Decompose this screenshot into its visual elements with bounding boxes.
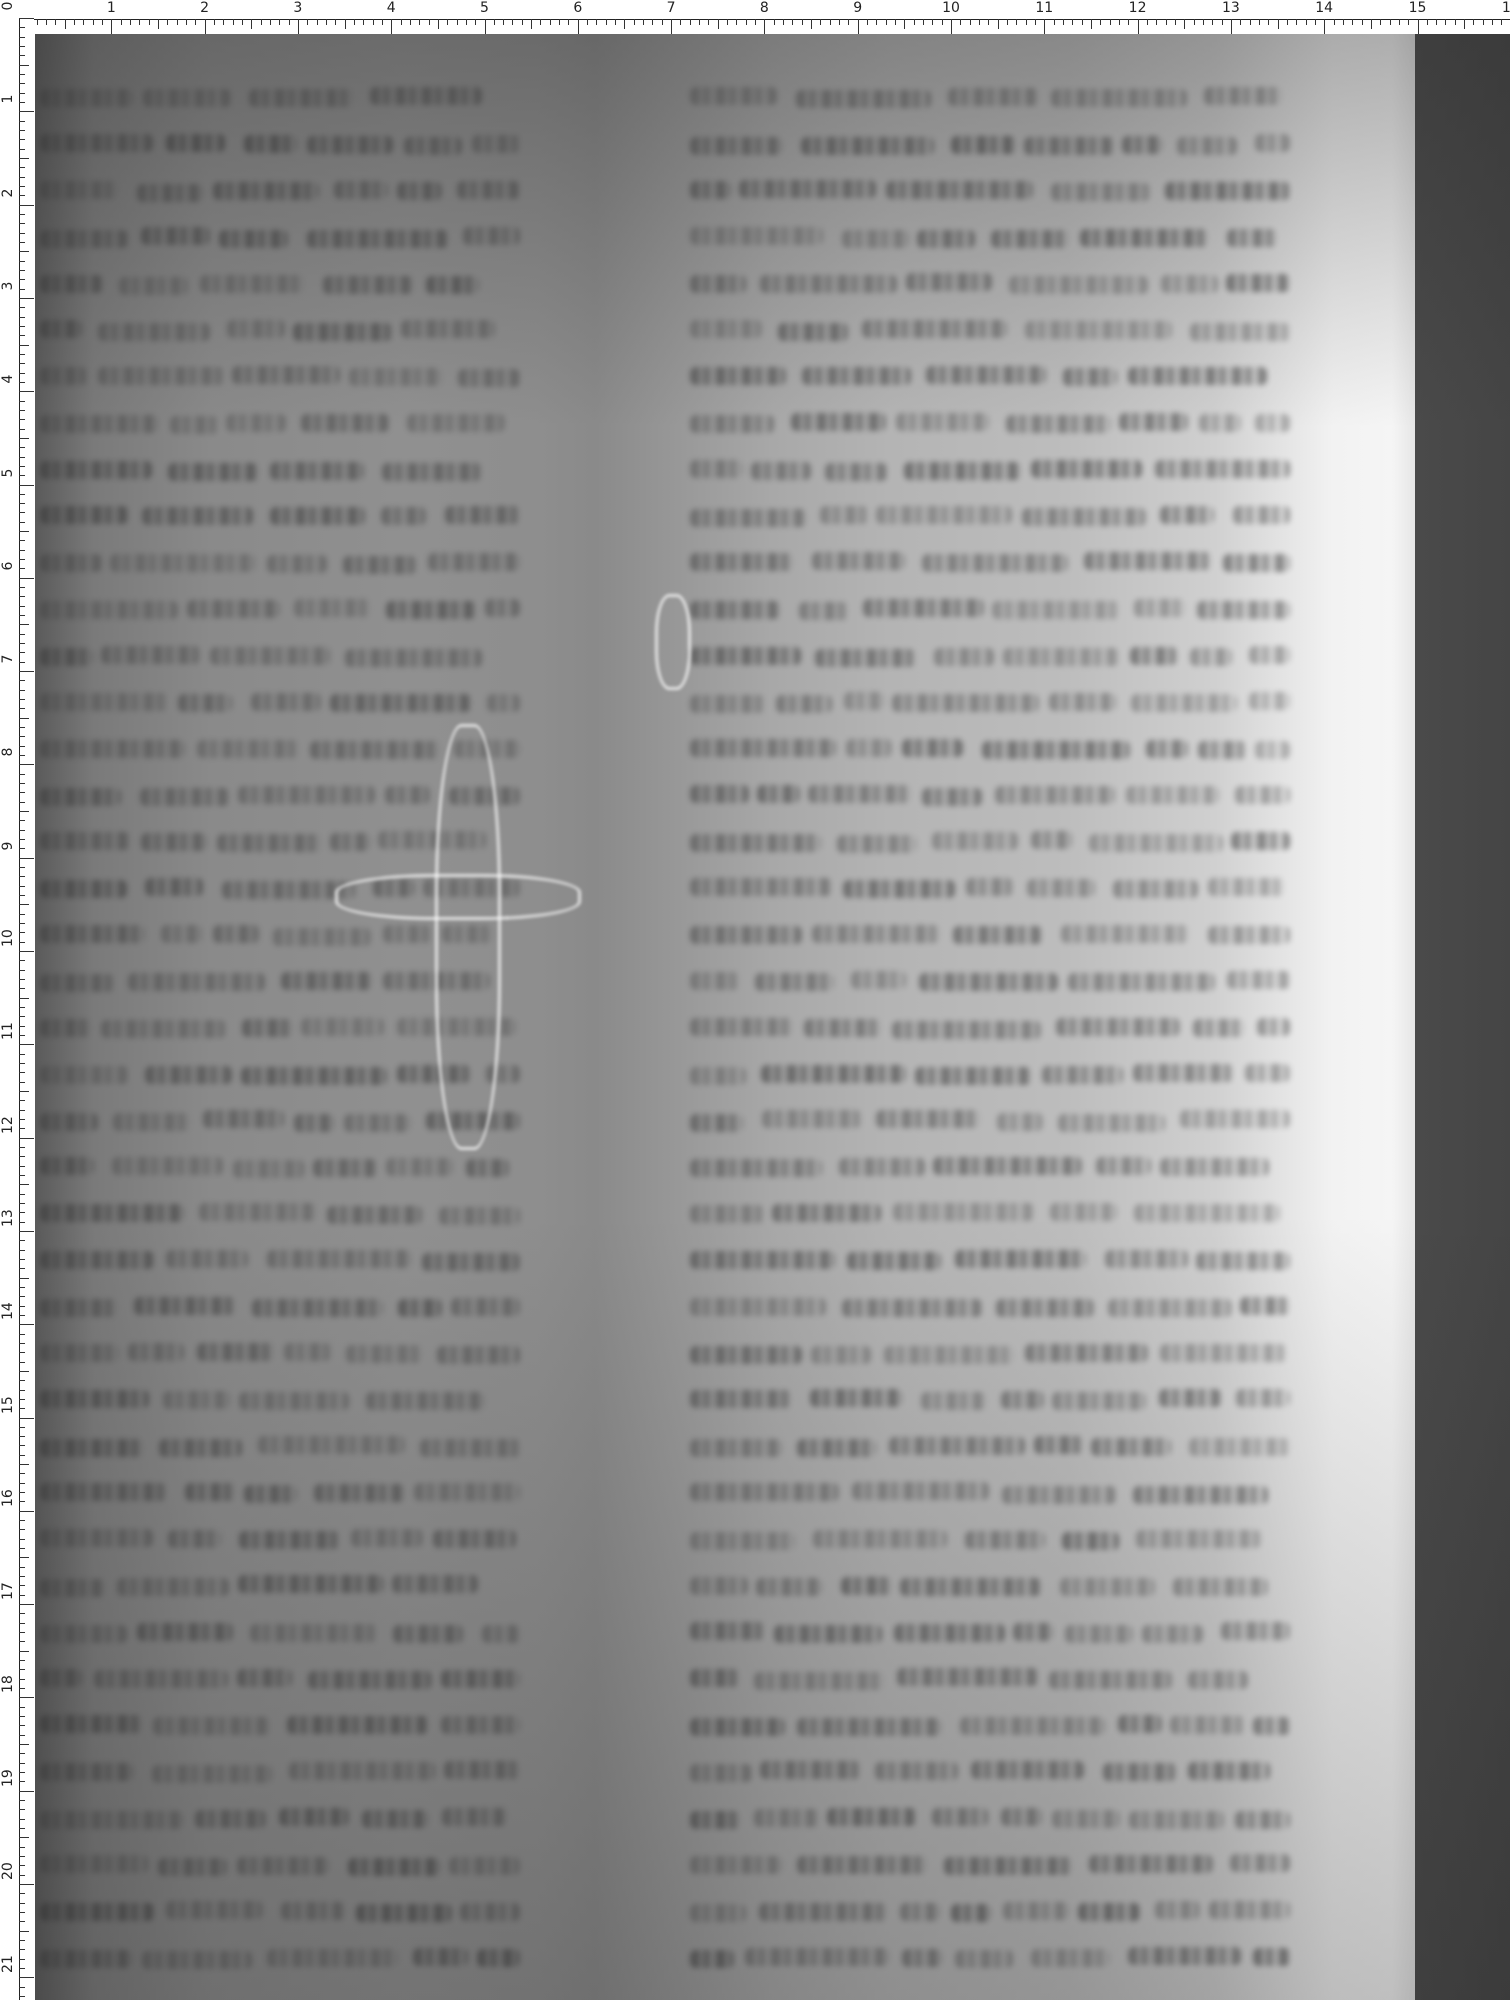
top-ruler-label: 8 xyxy=(760,0,769,16)
left-ruler-tick xyxy=(19,382,25,383)
top-ruler-tick xyxy=(839,19,840,25)
left-ruler-tick xyxy=(19,522,25,523)
left-ruler-tick xyxy=(19,1828,25,1829)
top-ruler-tick xyxy=(195,19,196,25)
left-ruler-label: 19 xyxy=(1,1771,15,1787)
left-ruler-tick xyxy=(19,727,25,728)
top-ruler-tick xyxy=(251,19,252,29)
top-ruler-tick xyxy=(634,19,635,25)
top-ruler-tick xyxy=(335,19,336,25)
top-ruler-tick xyxy=(1203,19,1204,25)
left-ruler-label: 9 xyxy=(1,838,15,854)
left-ruler-tick xyxy=(19,1856,25,1857)
left-ruler-tick xyxy=(19,1772,25,1773)
top-ruler-tick xyxy=(540,19,541,25)
top-ruler-tick xyxy=(1194,19,1195,25)
left-ruler-tick xyxy=(19,1138,34,1139)
left-ruler-tick xyxy=(19,550,25,551)
top-ruler-tick xyxy=(1007,19,1008,25)
left-ruler-tick xyxy=(19,792,25,793)
left-ruler-tick xyxy=(19,1128,25,1129)
left-ruler-tick xyxy=(19,1352,25,1353)
top-ruler-tick xyxy=(1399,19,1400,25)
left-ruler-tick xyxy=(19,1483,25,1484)
top-ruler-tick xyxy=(615,19,616,25)
top-ruler-tick xyxy=(1315,19,1316,25)
left-ruler-tick xyxy=(19,1912,25,1913)
left-ruler-tick xyxy=(19,1613,25,1614)
left-ruler-tick xyxy=(19,923,25,924)
left-ruler-tick xyxy=(19,559,25,560)
left-ruler-tick xyxy=(19,1250,25,1251)
left-ruler-tick xyxy=(19,652,25,653)
left-ruler-tick xyxy=(19,223,25,224)
left-ruler-tick xyxy=(19,1184,29,1185)
left-ruler: 0123456789101112131415161718192021 xyxy=(0,0,34,2000)
left-ruler-tick xyxy=(19,1641,25,1642)
left-ruler-tick xyxy=(19,1949,25,1950)
top-ruler-label: 11 xyxy=(1035,0,1053,16)
top-ruler-tick xyxy=(680,19,681,25)
left-ruler-tick xyxy=(19,1119,25,1120)
left-ruler-tick xyxy=(19,447,25,448)
left-ruler-tick xyxy=(19,1324,34,1325)
left-ruler-tick xyxy=(19,1371,29,1372)
top-ruler-tick xyxy=(1296,19,1297,25)
top-ruler-label: 6 xyxy=(573,0,582,16)
left-ruler-tick xyxy=(19,1632,25,1633)
left-ruler-tick xyxy=(19,1473,25,1474)
top-ruler-tick xyxy=(867,19,868,25)
left-ruler-tick xyxy=(19,466,25,467)
left-ruler-tick xyxy=(19,1240,25,1241)
top-ruler-tick xyxy=(1091,19,1092,29)
left-ruler-tick xyxy=(19,624,29,625)
left-ruler-tick xyxy=(19,1147,25,1148)
left-ruler-label: 20 xyxy=(1,1864,15,1880)
left-ruler-tick xyxy=(19,690,25,691)
left-ruler-tick xyxy=(19,1492,25,1493)
left-ruler-tick xyxy=(19,485,34,486)
top-ruler-tick xyxy=(531,19,532,29)
left-ruler-tick xyxy=(19,914,25,915)
left-ruler-tick xyxy=(19,848,25,849)
left-ruler-tick xyxy=(19,494,25,495)
left-ruler-tick xyxy=(19,512,25,513)
left-ruler-tick xyxy=(19,1623,25,1624)
left-ruler-tick xyxy=(19,1865,25,1866)
left-ruler-tick xyxy=(19,643,25,644)
left-ruler-tick xyxy=(19,1595,25,1596)
left-ruler-tick xyxy=(19,895,25,896)
top-ruler-label: 5 xyxy=(480,0,489,16)
top-ruler-tick xyxy=(1371,19,1372,29)
top-ruler-tick xyxy=(1418,19,1419,34)
left-ruler-tick xyxy=(19,410,25,411)
top-ruler-tick xyxy=(242,19,243,25)
left-ruler-tick xyxy=(19,1604,34,1605)
left-ruler-tick xyxy=(19,755,25,756)
left-ruler-tick xyxy=(19,345,29,346)
left-ruler-tick xyxy=(19,195,25,196)
lighting-vignette xyxy=(35,34,1510,2000)
left-ruler-tick xyxy=(19,1418,34,1419)
left-ruler-tick xyxy=(19,419,25,420)
left-ruler-tick xyxy=(19,960,25,961)
top-ruler-tick xyxy=(1324,19,1325,34)
left-ruler-label: 11 xyxy=(1,1024,15,1040)
left-ruler-tick xyxy=(19,1063,25,1064)
left-ruler-tick xyxy=(19,606,25,607)
top-ruler-tick xyxy=(429,19,430,25)
top-ruler-tick xyxy=(139,19,140,25)
top-ruler-tick xyxy=(1278,19,1279,29)
top-ruler-tick xyxy=(1492,19,1493,25)
left-ruler-baseline xyxy=(19,18,20,2000)
left-ruler-tick xyxy=(19,233,25,234)
left-ruler-tick xyxy=(19,139,25,140)
top-ruler-tick xyxy=(270,19,271,25)
top-ruler-tick xyxy=(1408,19,1409,25)
top-ruler-tick xyxy=(279,19,280,25)
left-ruler-tick xyxy=(19,1781,25,1782)
left-ruler-tick xyxy=(19,708,25,709)
left-ruler-tick xyxy=(19,764,34,765)
top-ruler-tick xyxy=(1119,19,1120,25)
left-ruler-tick xyxy=(19,979,25,980)
top-ruler-tick xyxy=(718,19,719,29)
top-ruler-tick xyxy=(1390,19,1391,25)
top-ruler-label: 3 xyxy=(293,0,302,16)
left-ruler-tick xyxy=(19,373,25,374)
left-ruler-tick xyxy=(19,942,25,943)
top-ruler-tick xyxy=(792,19,793,25)
top-ruler-label: 10 xyxy=(942,0,960,16)
left-ruler-tick xyxy=(19,1166,25,1167)
left-ruler-tick xyxy=(19,596,25,597)
left-ruler-tick xyxy=(19,18,34,19)
left-ruler-tick xyxy=(19,988,25,989)
top-ruler-tick xyxy=(1212,19,1213,25)
left-ruler-tick xyxy=(19,429,25,430)
left-ruler-tick xyxy=(19,1585,25,1586)
left-ruler-tick xyxy=(19,1529,25,1530)
left-ruler-tick xyxy=(19,998,29,999)
left-ruler-label: 1 xyxy=(1,91,15,107)
top-ruler-label: 15 xyxy=(1409,0,1427,16)
left-ruler-tick xyxy=(19,1520,25,1521)
top-ruler-tick xyxy=(746,19,747,25)
left-ruler-tick xyxy=(19,736,25,737)
top-ruler-tick xyxy=(149,19,150,25)
left-ruler-tick xyxy=(19,83,25,84)
left-ruler-tick xyxy=(19,354,25,355)
top-ruler-tick xyxy=(988,19,989,25)
top-ruler-tick xyxy=(998,19,999,29)
top-ruler-tick xyxy=(1082,19,1083,25)
left-ruler-tick xyxy=(19,1809,25,1810)
top-ruler-tick xyxy=(662,19,663,25)
left-ruler-tick xyxy=(19,1380,25,1381)
top-ruler-tick xyxy=(1016,19,1017,25)
top-ruler-tick xyxy=(559,19,560,25)
left-ruler-tick xyxy=(19,746,25,747)
left-ruler-tick xyxy=(19,438,29,439)
top-ruler-tick xyxy=(37,19,38,25)
top-ruler-tick xyxy=(46,19,47,25)
top-ruler-tick xyxy=(923,19,924,25)
top-ruler-tick xyxy=(1035,19,1036,25)
left-ruler-tick xyxy=(19,699,25,700)
left-ruler-tick xyxy=(19,1651,29,1652)
top-ruler-label: 9 xyxy=(853,0,862,16)
left-ruler-tick xyxy=(19,1194,25,1195)
top-ruler-tick xyxy=(410,19,411,25)
top-ruler-tick xyxy=(914,19,915,25)
left-ruler-label: 13 xyxy=(1,1211,15,1227)
left-ruler-tick xyxy=(19,307,25,308)
left-ruler-tick xyxy=(19,1800,25,1801)
left-ruler-tick xyxy=(19,289,25,290)
left-ruler-tick xyxy=(19,1753,25,1754)
top-ruler-tick xyxy=(55,19,56,25)
left-ruler-tick xyxy=(19,457,25,458)
left-ruler-tick xyxy=(19,1156,25,1157)
left-ruler-tick xyxy=(19,391,34,392)
top-ruler-tick xyxy=(512,19,513,25)
top-ruler-tick xyxy=(736,19,737,25)
left-ruler-tick xyxy=(19,251,29,252)
left-ruler-tick xyxy=(19,242,25,243)
left-ruler-tick xyxy=(19,531,29,532)
top-ruler-label: 7 xyxy=(667,0,676,16)
top-ruler-tick xyxy=(830,19,831,25)
left-ruler-tick xyxy=(19,1716,25,1717)
top-ruler-tick xyxy=(578,19,579,34)
top-ruler-tick xyxy=(1380,19,1381,25)
left-ruler-tick xyxy=(19,1026,25,1027)
top-ruler-tick xyxy=(1156,19,1157,25)
top-ruler-tick xyxy=(475,19,476,25)
left-ruler-tick xyxy=(19,111,34,112)
left-ruler-tick xyxy=(19,1091,29,1092)
left-ruler-tick xyxy=(19,1445,25,1446)
left-ruler-tick xyxy=(19,1977,34,1978)
top-ruler-tick xyxy=(522,19,523,25)
top-ruler-tick xyxy=(1436,19,1437,25)
left-ruler-tick xyxy=(19,1735,25,1736)
left-ruler-tick xyxy=(19,1408,25,1409)
top-ruler-tick xyxy=(1128,19,1129,25)
left-ruler-tick xyxy=(19,1212,25,1213)
left-ruler-tick xyxy=(19,1548,25,1549)
top-ruler-label: 4 xyxy=(387,0,396,16)
left-ruler-tick xyxy=(19,363,25,364)
top-ruler-tick xyxy=(1464,19,1465,29)
top-ruler: 012345678910111213141516 xyxy=(0,0,1510,34)
top-ruler-tick xyxy=(699,19,700,25)
left-ruler-label: 3 xyxy=(1,278,15,294)
top-ruler-tick xyxy=(1287,19,1288,25)
left-ruler-tick xyxy=(19,1315,25,1316)
left-ruler-tick xyxy=(19,177,25,178)
left-ruler-tick xyxy=(19,401,25,402)
left-ruler-tick xyxy=(19,1763,25,1764)
left-ruler-tick xyxy=(19,270,25,271)
top-ruler-tick xyxy=(130,19,131,25)
left-ruler-tick xyxy=(19,1278,29,1279)
left-ruler-tick xyxy=(19,1427,25,1428)
left-ruler-tick xyxy=(19,1501,25,1502)
left-ruler-tick xyxy=(19,904,29,905)
top-ruler-tick xyxy=(1343,19,1344,25)
top-ruler-tick xyxy=(1147,19,1148,25)
top-ruler-tick xyxy=(568,19,569,25)
left-ruler-tick xyxy=(19,830,25,831)
top-ruler-tick xyxy=(373,19,374,25)
top-ruler-tick xyxy=(1240,19,1241,25)
top-ruler-label: 1 xyxy=(107,0,116,16)
top-ruler-tick xyxy=(354,19,355,25)
top-ruler-tick xyxy=(652,19,653,25)
top-ruler-tick xyxy=(167,19,168,25)
top-ruler-tick xyxy=(457,19,458,25)
top-ruler-tick xyxy=(121,19,122,25)
left-ruler-tick xyxy=(19,503,25,504)
top-ruler-tick xyxy=(205,19,206,34)
top-ruler-tick xyxy=(419,19,420,25)
left-ruler-tick xyxy=(19,1306,25,1307)
left-ruler-tick xyxy=(19,1688,25,1689)
left-ruler-tick xyxy=(19,867,25,868)
left-ruler-tick xyxy=(19,662,25,663)
left-ruler-tick xyxy=(19,1222,25,1223)
left-ruler-label: 15 xyxy=(1,1398,15,1414)
left-ruler-tick xyxy=(19,1921,25,1922)
top-ruler-tick xyxy=(1483,19,1484,25)
top-ruler-tick xyxy=(466,19,467,25)
left-ruler-tick xyxy=(19,1940,25,1941)
top-ruler-tick xyxy=(1250,19,1251,25)
left-ruler-tick xyxy=(19,680,25,681)
top-ruler-tick xyxy=(1138,19,1139,34)
left-ruler-label: 14 xyxy=(1,1304,15,1320)
left-ruler-label: 0 xyxy=(1,0,15,14)
left-ruler-tick xyxy=(19,1557,29,1558)
left-ruler-tick xyxy=(19,1343,25,1344)
top-ruler-tick xyxy=(904,19,905,29)
left-ruler-label: 7 xyxy=(1,651,15,667)
top-ruler-tick xyxy=(1044,19,1045,34)
top-ruler-tick xyxy=(1054,19,1055,25)
left-ruler-tick xyxy=(19,1679,25,1680)
left-ruler-tick xyxy=(19,1744,29,1745)
top-ruler-tick xyxy=(1072,19,1073,25)
top-ruler-tick xyxy=(550,19,551,25)
left-ruler-tick xyxy=(19,1903,25,1904)
left-ruler-tick xyxy=(19,1875,25,1876)
top-ruler-tick xyxy=(401,19,402,25)
left-ruler-tick xyxy=(19,970,25,971)
top-ruler-tick xyxy=(382,19,383,25)
left-ruler-tick xyxy=(19,858,34,859)
top-ruler-tick xyxy=(1100,19,1101,25)
left-ruler-tick xyxy=(19,811,29,812)
top-ruler-tick xyxy=(802,19,803,25)
left-ruler-label: 6 xyxy=(1,558,15,574)
top-ruler-tick xyxy=(886,19,887,25)
left-ruler-tick xyxy=(19,839,25,840)
top-ruler-tick xyxy=(289,19,290,25)
top-ruler-tick xyxy=(233,19,234,25)
top-ruler-tick xyxy=(447,19,448,25)
left-ruler-tick xyxy=(19,1436,25,1437)
left-ruler-tick xyxy=(19,74,25,75)
left-ruler-label: 16 xyxy=(1,1491,15,1507)
left-ruler-tick xyxy=(19,1259,25,1260)
top-ruler-tick xyxy=(158,19,159,29)
left-ruler-tick xyxy=(19,317,25,318)
left-ruler-tick xyxy=(19,1996,25,1997)
left-ruler-tick xyxy=(19,1893,25,1894)
left-ruler-tick xyxy=(19,1334,25,1335)
left-ruler-tick xyxy=(19,46,25,47)
top-ruler-tick xyxy=(811,19,812,29)
left-ruler-tick xyxy=(19,1931,29,1932)
left-ruler-tick xyxy=(19,1464,29,1465)
left-ruler-tick xyxy=(19,1007,25,1008)
top-ruler-tick xyxy=(624,19,625,29)
left-ruler-tick xyxy=(19,1707,25,1708)
top-ruler-tick xyxy=(1455,19,1456,25)
top-ruler-tick xyxy=(438,19,439,29)
left-ruler-tick xyxy=(19,876,25,877)
left-ruler-tick xyxy=(19,1837,29,1838)
top-ruler-tick xyxy=(1427,19,1428,25)
top-ruler-tick xyxy=(1352,19,1353,25)
left-ruler-tick xyxy=(19,1725,25,1726)
top-ruler-tick xyxy=(326,19,327,25)
top-ruler-tick xyxy=(671,19,672,34)
top-ruler-tick xyxy=(932,19,933,25)
top-ruler-tick xyxy=(485,19,486,34)
left-ruler-tick xyxy=(19,932,25,933)
left-ruler-tick xyxy=(19,1959,25,1960)
top-ruler-tick xyxy=(895,19,896,25)
top-ruler-tick xyxy=(503,19,504,25)
top-ruler-label: 16 xyxy=(1502,0,1510,16)
left-ruler-tick xyxy=(19,121,25,122)
left-ruler-label: 18 xyxy=(1,1677,15,1693)
top-ruler-tick xyxy=(960,19,961,25)
left-ruler-tick xyxy=(19,1296,25,1297)
left-ruler-tick xyxy=(19,1231,34,1232)
left-ruler-tick xyxy=(19,1100,25,1101)
left-ruler-label: 2 xyxy=(1,185,15,201)
top-ruler-tick xyxy=(1501,19,1502,25)
top-ruler-tick xyxy=(1268,19,1269,25)
left-ruler-tick xyxy=(19,634,25,635)
left-ruler-tick xyxy=(19,615,25,616)
top-ruler-tick xyxy=(261,19,262,25)
top-ruler-tick xyxy=(307,19,308,25)
left-ruler-tick xyxy=(19,820,25,821)
left-ruler-tick xyxy=(19,886,25,887)
left-ruler-tick xyxy=(19,298,34,299)
top-ruler-tick xyxy=(643,19,644,25)
left-ruler-tick xyxy=(19,37,25,38)
left-ruler-tick xyxy=(19,774,25,775)
